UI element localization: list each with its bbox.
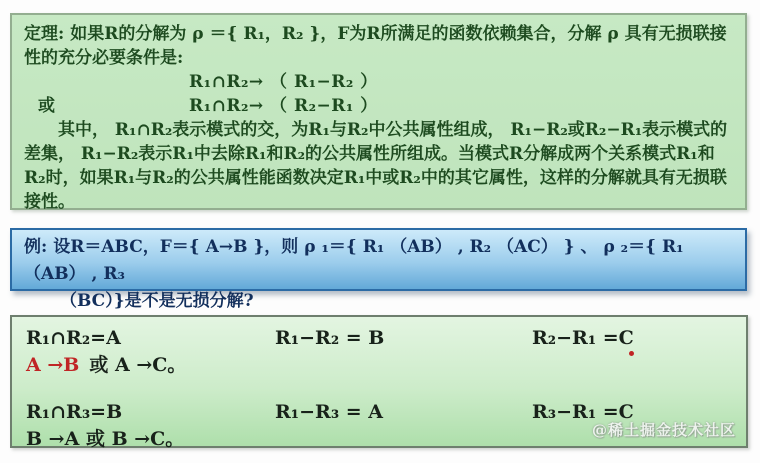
result-group-1: R₁∩R₂=A R₁−R₂ = B R₂−R₁ =C A →B或 A →C。 — [26, 325, 734, 378]
fd-rest: 或 A →C。 — [89, 354, 186, 376]
theorem-formula-row-1: R₁∩R₂→ （ R₁−R₂ ） — [24, 70, 735, 94]
example-line-1: 例: 设R＝ABC，F＝{ A→B }，则 ρ ₁＝{ R₁ （AB） , R₂… — [24, 234, 735, 288]
theorem-statement: 定理: 如果R的分解为 ρ ＝{ R₁，R₂ }，F为R所满足的函数依赖集合，分… — [24, 22, 735, 70]
fd-highlighted: A →B — [26, 354, 79, 376]
result-box: R₁∩R₂=A R₁−R₂ = B R₂−R₁ =C A →B或 A →C。 R… — [10, 315, 748, 448]
intersection-formula: R₁∩R₃=B — [26, 399, 275, 425]
or-label: 或 — [24, 94, 189, 118]
red-dot-mark — [629, 351, 634, 356]
watermark: @稀土掘金技术社区 — [592, 417, 736, 443]
lecture-slide: 定理: 如果R的分解为 ρ ＝{ R₁，R₂ }，F为R所满足的函数依赖集合，分… — [0, 0, 760, 463]
difference-formula-2: R₂−R₁ =C — [532, 325, 734, 351]
difference-formula-1: R₁−R₂ = B — [275, 325, 532, 351]
theorem-formula-2: R₁∩R₂→ （ R₂−R₁ ） — [189, 94, 735, 118]
result-row: R₁∩R₂=A R₁−R₂ = B R₂−R₁ =C — [26, 325, 734, 351]
fd-conclusion-line: A →B或 A →C。 — [26, 352, 734, 378]
difference-formula-1: R₁−R₃ = A — [275, 399, 532, 425]
theorem-formula-1: R₁∩R₂→ （ R₁−R₂ ） — [189, 70, 735, 94]
theorem-formula-row-2: 或 R₁∩R₂→ （ R₂−R₁ ） — [24, 94, 735, 118]
theorem-explanation: 其中， R₁∩R₂表示模式的交，为R₁与R₂中公共属性组成， R₁−R₂或R₂−… — [24, 118, 735, 214]
intersection-formula: R₁∩R₂=A — [26, 325, 275, 351]
example-line-2: （BC）}是不是无损分解? — [24, 288, 735, 315]
fd-rest: B →A 或 B →C。 — [26, 428, 184, 450]
example-box: 例: 设R＝ABC，F＝{ A→B }，则 ρ ₁＝{ R₁ （AB） , R₂… — [10, 228, 747, 291]
difference-formula-2-text: R₂−R₁ =C — [532, 327, 634, 349]
theorem-box: 定理: 如果R的分解为 ρ ＝{ R₁，R₂ }，F为R所满足的函数依赖集合，分… — [10, 13, 747, 210]
